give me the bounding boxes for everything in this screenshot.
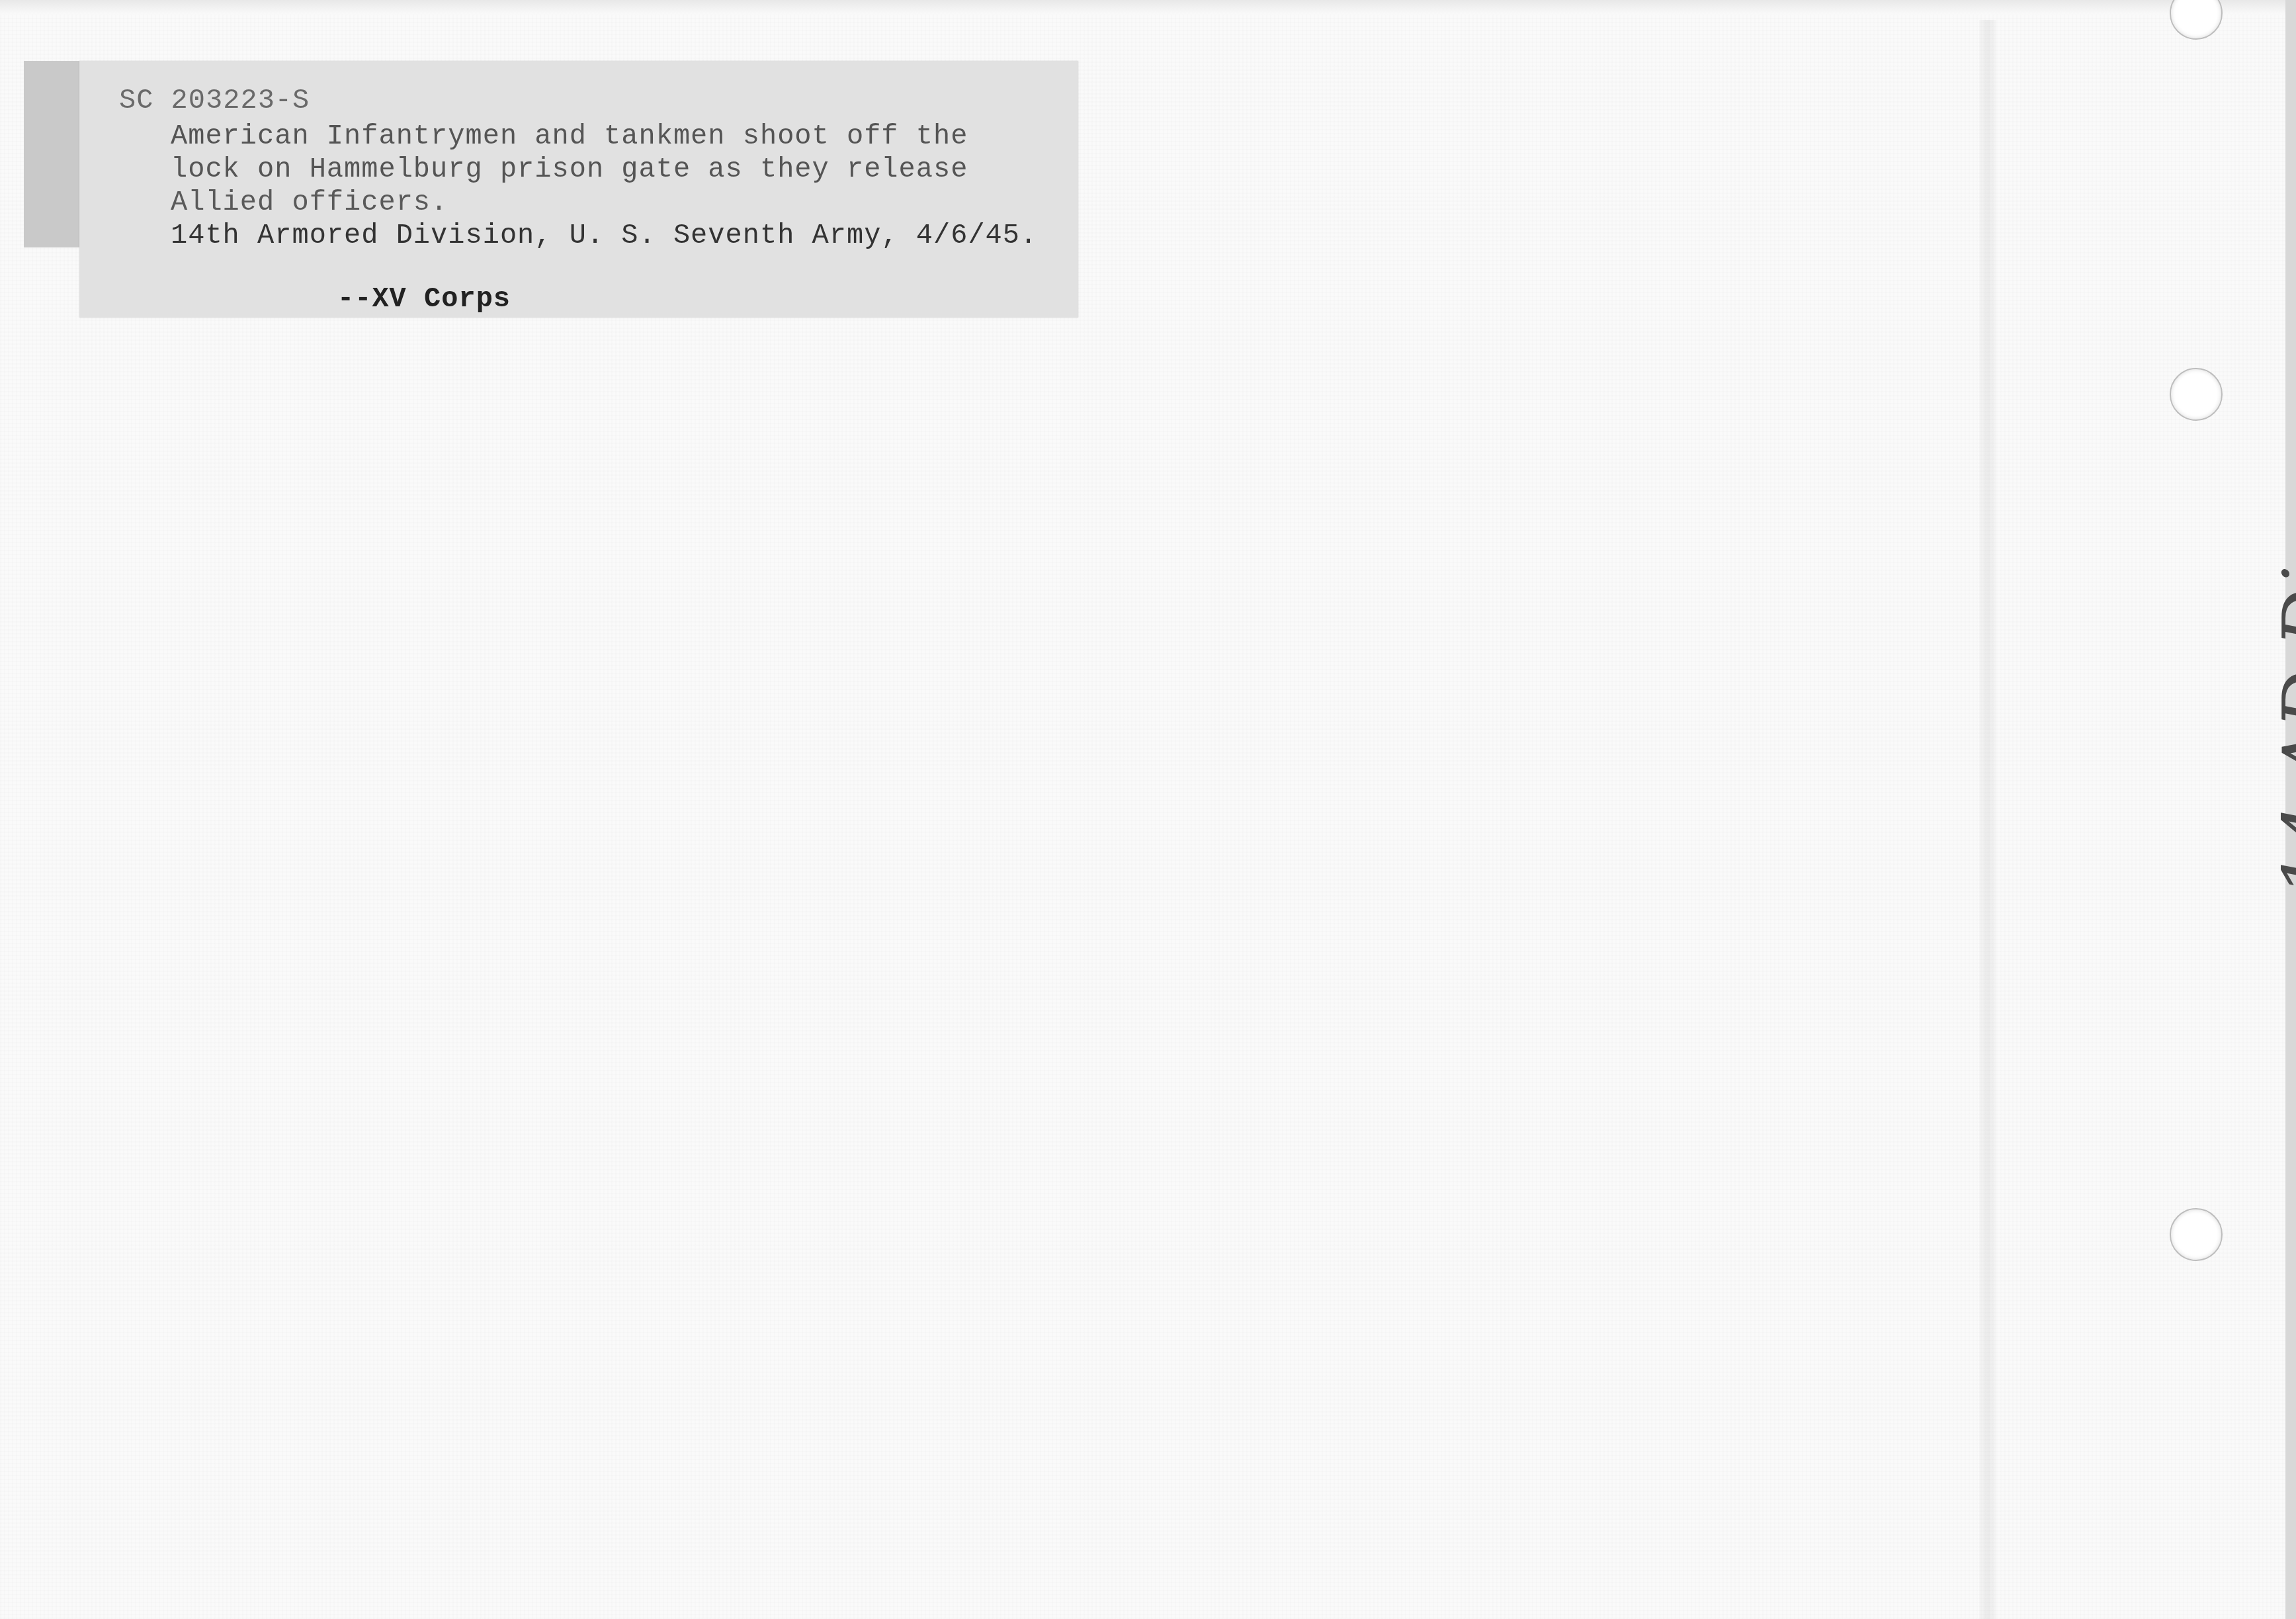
punch-hole-top [2170,0,2223,40]
punch-hole-middle [2170,368,2223,421]
punch-hole-bottom [2170,1208,2223,1261]
caption-line-3: Allied officers. [171,187,448,218]
binding-strip [1979,20,1996,1619]
caption-line-2: lock on Hammelburg prison gate as they r… [171,153,968,185]
caption-line-1: American Infantrymen and tankmen shoot o… [171,120,968,152]
card-top-edge [0,0,2296,15]
label-shadow [24,61,83,247]
handwritten-note: 14 AD Div [2268,524,2296,897]
caption-line-4: 14th Armored Division, U. S. Seventh Arm… [171,220,1037,251]
serial-number: SC 203223-S [119,85,310,116]
archive-card: SC 203223-S American Infantrymen and tan… [0,0,2296,1619]
credit-line: --XV Corps [337,283,511,315]
